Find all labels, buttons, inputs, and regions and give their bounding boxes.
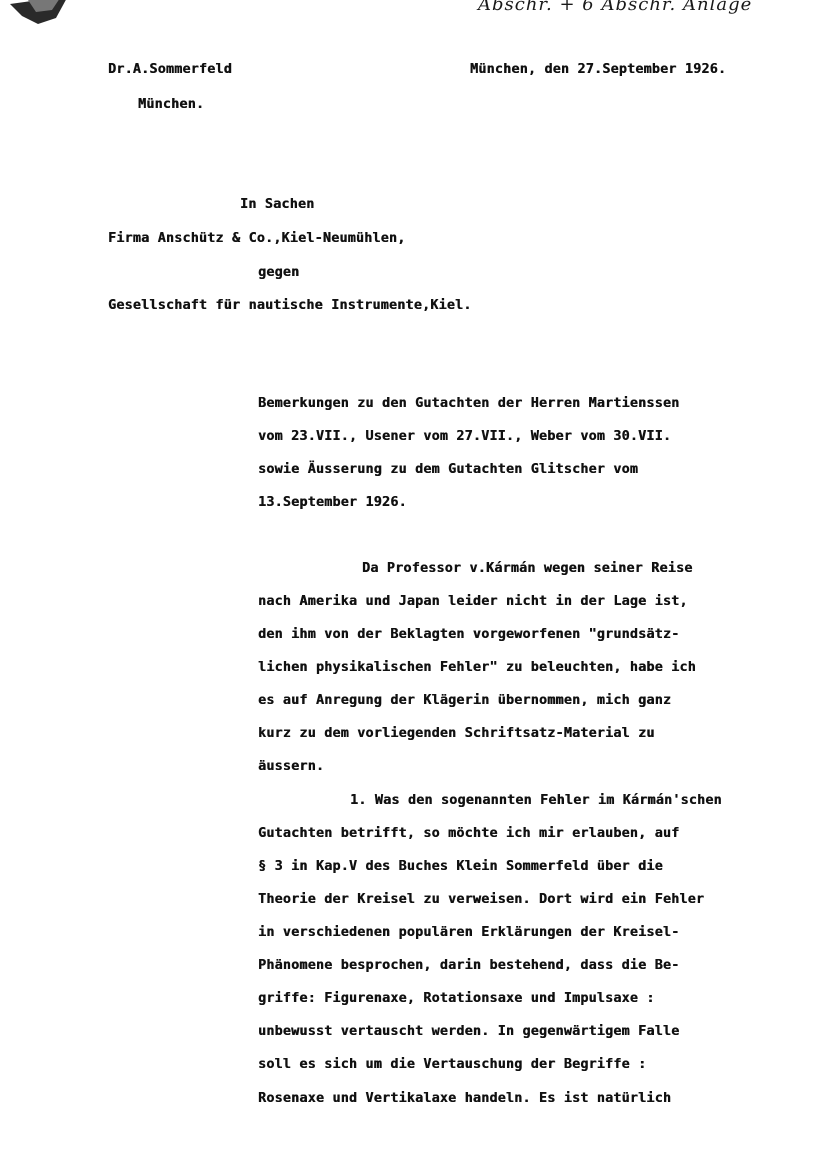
case-heading: In Sachen xyxy=(240,197,314,212)
body-line: Gutachten betrifft, so möchte ich mir er… xyxy=(258,826,679,841)
body-line: 1. Was den sogenannten Fehler im Kármán'… xyxy=(350,793,722,808)
body-line: Theorie der Kreisel zu verweisen. Dort w… xyxy=(258,892,704,907)
body-line: in verschiedenen populären Erklärungen d… xyxy=(258,925,679,940)
subject-line: 13.September 1926. xyxy=(258,495,407,510)
body-line: § 3 in Kap.V des Buches Klein Sommerfeld… xyxy=(258,859,663,874)
body-line: kurz zu dem vorliegenden Schriftsatz-Mat… xyxy=(258,726,655,741)
document-page: Abschr. + 6 Abschr. Anlage Dr.A.Sommerfe… xyxy=(0,0,834,1169)
body-line: griffe: Figurenaxe, Rotationsaxe und Imp… xyxy=(258,991,655,1006)
place-date: München, den 27.September 1926. xyxy=(470,62,726,77)
sender-name: Dr.A.Sommerfeld xyxy=(108,62,232,77)
case-versus: gegen xyxy=(258,265,299,280)
subject-line: sowie Äusserung zu dem Gutachten Glitsch… xyxy=(258,462,638,477)
body-line: Phänomene besprochen, darin bestehend, d… xyxy=(258,958,679,973)
body-line: Da Professor v.Kármán wegen seiner Reise xyxy=(362,561,692,576)
subject-line: vom 23.VII., Usener vom 27.VII., Weber v… xyxy=(258,429,671,444)
letterhead-emblem-icon xyxy=(8,0,72,26)
body-line: lichen physikalischen Fehler" zu beleuch… xyxy=(258,660,696,675)
body-line: äussern. xyxy=(258,759,324,774)
body-line: den ihm von der Beklagten vorgeworfenen … xyxy=(258,627,679,642)
body-line: unbewusst vertauscht werden. In gegenwär… xyxy=(258,1024,679,1039)
body-line: soll es sich um die Vertauschung der Beg… xyxy=(258,1057,646,1072)
handwritten-annotation: Abschr. + 6 Abschr. Anlage xyxy=(478,0,752,15)
body-line: es auf Anregung der Klägerin übernommen,… xyxy=(258,693,671,708)
body-line: nach Amerika und Japan leider nicht in d… xyxy=(258,594,688,609)
subject-line: Bemerkungen zu den Gutachten der Herren … xyxy=(258,396,679,411)
body-line: Rosenaxe und Vertikalaxe handeln. Es ist… xyxy=(258,1091,671,1106)
sender-city: München. xyxy=(138,97,204,112)
case-plaintiff: Firma Anschütz & Co.,Kiel-Neumühlen, xyxy=(108,231,405,246)
case-defendant: Gesellschaft für nautische Instrumente,K… xyxy=(108,298,472,313)
